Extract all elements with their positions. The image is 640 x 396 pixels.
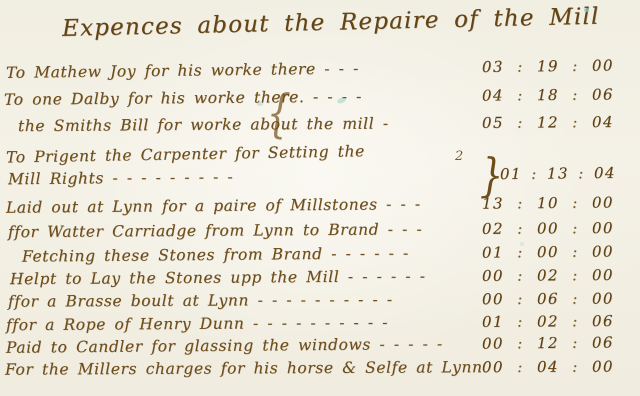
amount-pence: 00: [582, 266, 624, 284]
entry-amount: 01 : 00 : 00: [472, 242, 634, 261]
amount-pence: 06: [582, 85, 624, 103]
ledger-row: To Mathew Joy for his worke there - - - …: [0, 56, 640, 88]
entry-description: Helpt to Lay the Stones upp the Mill - -…: [10, 267, 426, 288]
amount-pounds: 01: [472, 243, 514, 261]
amount-pounds: 01: [472, 313, 514, 331]
entry-amount: 05 : 12 : 04: [472, 113, 634, 132]
amount-separator: :: [569, 334, 582, 352]
amount-pounds: 00: [472, 290, 514, 308]
amount-shillings: 10: [527, 194, 569, 212]
amount-pence: 04: [588, 164, 622, 182]
amount-separator: :: [514, 358, 527, 376]
entry-description: Fetching these Stones from Brand - - - -…: [22, 244, 409, 265]
amount-separator: :: [569, 86, 582, 104]
entry-description: To Mathew Joy for his worke there - - -: [6, 60, 359, 82]
amount-shillings: 19: [527, 57, 569, 76]
entry-amount: 04 : 18 : 06: [472, 85, 634, 104]
entry-description: ffor a Brasse boult at Lynn - - - - - - …: [8, 291, 393, 311]
amount-pence: 00: [582, 357, 624, 375]
ledger-row: For the Millers charges for his horse & …: [0, 357, 640, 384]
entry-description: ffor a Rope of Henry Dunn - - - - - - - …: [6, 314, 388, 335]
amount-separator: :: [569, 243, 582, 261]
amount-pounds: 13: [472, 194, 514, 212]
entry-amount: 00 : 06 : 00: [472, 289, 634, 308]
entry-amount: 00 : 04 : 00: [472, 357, 634, 376]
entry-description-line2: Mill Rights - - - - - - - - -: [8, 168, 233, 188]
amount-pence: 04: [582, 113, 624, 131]
amount-shillings: 04: [527, 358, 569, 376]
amount-separator: :: [514, 86, 527, 104]
amount-separator: :: [514, 313, 527, 331]
amount-separator: :: [569, 312, 582, 330]
amount-pence: 00: [582, 289, 624, 307]
amount-separator: :: [569, 113, 582, 131]
amount-separator: :: [575, 164, 588, 182]
amount-pence: 00: [582, 242, 624, 260]
entry-description: Paid to Candler for glassing the windows…: [6, 335, 443, 357]
entry-amount: 01 : 02 : 06: [472, 312, 634, 331]
amount-shillings: 12: [527, 334, 569, 352]
amount-separator: :: [569, 290, 582, 308]
entry-description: For the Millers charges for his horse & …: [5, 358, 483, 379]
amount-separator: :: [569, 57, 582, 75]
amount-pence: 00: [582, 219, 624, 237]
amount-pounds: 04: [472, 86, 514, 104]
amount-pounds: 00: [472, 267, 514, 285]
amount-separator: :: [514, 194, 527, 212]
amount-pence: 00: [582, 193, 624, 211]
amount-separator: :: [569, 194, 582, 212]
amount-separator: :: [569, 266, 582, 284]
amount-shillings: 00: [527, 243, 569, 261]
entry-amount: 13 : 10 : 00: [472, 193, 634, 212]
entry-description-line1: To Prigent the Carpenter for Setting the: [6, 142, 365, 166]
amount-shillings: 02: [527, 312, 569, 330]
amount-separator: :: [569, 358, 582, 376]
ledger-row: To one Dalby for his worke there. - - - …: [0, 85, 640, 115]
amount-separator: :: [569, 219, 582, 237]
scan-speck: [584, 8, 589, 12]
amount-pence: 06: [582, 333, 624, 351]
amount-separator: :: [528, 165, 541, 183]
amount-separator: :: [514, 114, 527, 132]
amount-separator: :: [514, 57, 527, 75]
page-title: Expences about the Repaire of the Mill: [62, 4, 582, 42]
amount-pounds: 00: [472, 358, 514, 376]
amount-pounds: 01: [494, 165, 528, 183]
amount-separator: :: [514, 334, 527, 352]
amount-separator: :: [514, 220, 527, 238]
ledger-row: the Smiths Bill for worke about the mill…: [0, 113, 640, 141]
entry-amount: 03 : 19 : 00: [472, 56, 634, 76]
amount-pounds: 03: [472, 58, 514, 77]
amount-pence: 00: [582, 56, 624, 75]
amount-pence: 06: [582, 312, 624, 330]
entry-amount: 01 : 13 : 04: [494, 164, 634, 183]
entry-description: To one Dalby for his worke there. - - - …: [4, 88, 362, 109]
scan-speck: [520, 242, 524, 246]
amount-separator: :: [514, 290, 527, 308]
insert-mark: 2: [455, 149, 463, 164]
entry-description: Laid out at Lynn for a paire of Millston…: [6, 195, 421, 217]
amount-shillings: 12: [527, 113, 569, 131]
ledger-row: Laid out at Lynn for a paire of Millston…: [0, 193, 640, 223]
amount-shillings: 06: [527, 290, 569, 308]
amount-shillings: 18: [527, 86, 569, 104]
manuscript-page: Expences about the Repaire of the Mill {…: [0, 0, 640, 396]
scan-speck: [257, 102, 263, 106]
entry-amount: 00 : 02 : 00: [472, 266, 634, 285]
entry-description: ffor Watter Carriadge from Lynn to Brand…: [8, 220, 422, 241]
amount-pounds: 05: [472, 114, 514, 132]
amount-pounds: 02: [472, 220, 514, 238]
amount-separator: :: [514, 267, 527, 285]
amount-shillings: 00: [527, 219, 569, 237]
entry-amount: 00 : 12 : 06: [472, 333, 634, 352]
entry-description: the Smiths Bill for worke about the mill…: [18, 115, 389, 136]
amount-pounds: 00: [472, 334, 514, 352]
amount-shillings: 13: [541, 164, 575, 182]
entry-amount: 02 : 00 : 00: [472, 219, 634, 238]
amount-shillings: 02: [527, 266, 569, 284]
